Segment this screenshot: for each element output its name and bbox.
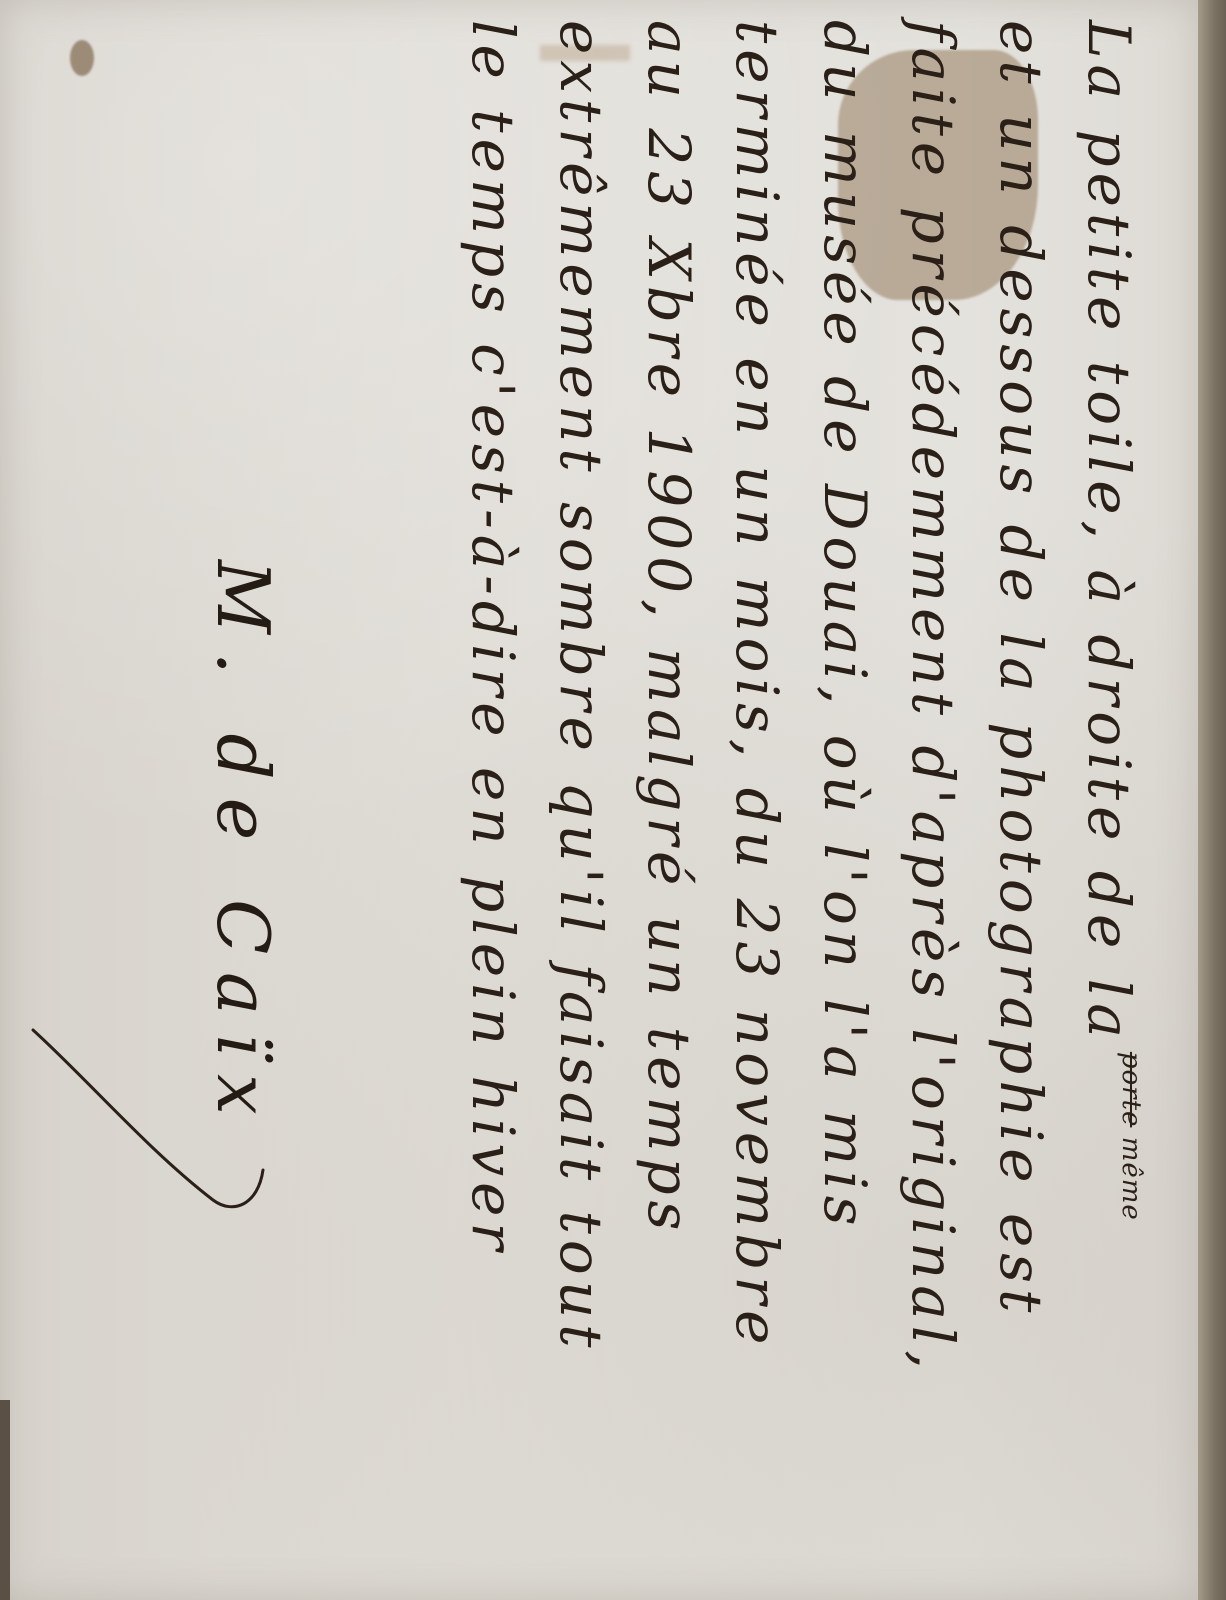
note-line-8: le temps c'est-à-dire en plein hiver — [449, 20, 537, 1580]
signature-flourish-icon — [28, 1020, 268, 1220]
struck-word: porte — [1116, 1052, 1146, 1128]
note-line-6: au 23 Xbre 1900, malgré un temps — [625, 20, 713, 1580]
note-line-2: et un dessous de la photographie est — [977, 20, 1065, 1580]
paper-edge-background — [1198, 0, 1226, 1600]
ink-spot — [70, 40, 94, 76]
handwritten-note: La petite toile, à droite de laporte mêm… — [449, 20, 1175, 1580]
note-line-7: extrêmement sombre qu'il faisait tout — [537, 20, 625, 1580]
note-line-4: du musée de Douai, où l'on l'a mis — [801, 20, 889, 1580]
note-line-1: La petite toile, à droite de laporte mêm… — [1065, 20, 1175, 1580]
note-line-1-text: La petite toile, à droite de la — [1075, 20, 1143, 1044]
inserted-word: même — [1116, 1137, 1146, 1221]
margin-insertion: porte même — [1116, 1052, 1146, 1221]
paper-edge-left — [0, 1400, 10, 1600]
note-line-5: terminée en un mois, du 23 novembre — [713, 20, 801, 1580]
note-line-3: faite précédemment d'après l'original, — [889, 20, 977, 1580]
